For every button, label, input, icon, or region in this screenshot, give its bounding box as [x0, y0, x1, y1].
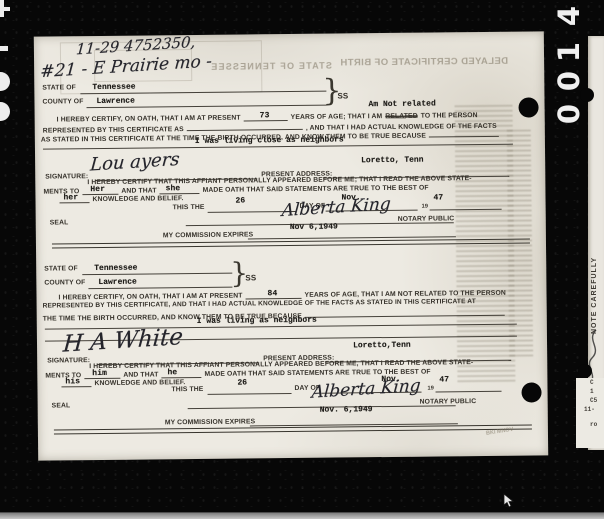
- blank: 73: [244, 113, 288, 121]
- notary-public-label: NOTARY PUBLIC: [420, 398, 477, 406]
- commission-label: MY COMMISSION EXPIRES: [163, 231, 253, 239]
- blank-line: [436, 391, 502, 393]
- blank-line: [430, 209, 502, 211]
- blank: [305, 308, 505, 318]
- county-value: Lawrence: [98, 278, 136, 287]
- bleedthrough-delayed-certificate-stamp: DELAYED CERTIFICATE OF BIRTH: [340, 56, 508, 69]
- notary-line3: hisKNOWLEDGE AND BELIEF.: [61, 378, 188, 387]
- signature-label: SIGNATURE:: [45, 173, 88, 180]
- fragment-line: C5: [576, 396, 604, 405]
- blank-line: [82, 273, 232, 276]
- blank: she: [160, 186, 200, 194]
- state-label: STATE OF: [42, 84, 76, 91]
- frame-number-digit: 0: [552, 97, 586, 131]
- blank-line: [88, 287, 232, 290]
- blank: [187, 122, 303, 131]
- year-value: 47: [433, 193, 443, 202]
- notary-signature: Alberta King: [281, 194, 391, 221]
- blank: her: [59, 195, 89, 203]
- blank: he: [161, 370, 201, 378]
- note-carefully-vertical-text: NOTE CAREFULLY: [591, 164, 598, 334]
- blank: his: [61, 379, 91, 387]
- scanned-document: 11-29 4752350, #21 - E Prairie mo - STAT…: [34, 31, 548, 460]
- county-label: COUNTY OF: [44, 279, 85, 286]
- punch-hole: [521, 382, 541, 402]
- notary-public-label: NOTARY PUBLIC: [398, 215, 455, 223]
- this-the-label: THIS THE: [173, 204, 205, 211]
- year-value: 47: [439, 375, 449, 384]
- ss-label: SS: [245, 273, 256, 282]
- film-edge-mark: [0, 102, 10, 121]
- county-label: COUNTY OF: [42, 98, 83, 105]
- film-edge-mark: [0, 46, 8, 51]
- notary-text: MADE OATH THAT SAID STATEMENTS ARE TRUE …: [203, 185, 429, 194]
- this-the-label: THIS THE: [171, 386, 203, 393]
- ss-label: SS: [337, 91, 348, 100]
- age-value: 73: [260, 111, 270, 120]
- pronoun-subject: he: [167, 368, 177, 377]
- relation-correction: Am Not related: [368, 99, 435, 109]
- signature-label: SIGNATURE:: [47, 357, 90, 364]
- punch-hole: [518, 97, 538, 117]
- commission-value: Nov 6,1949: [290, 223, 338, 233]
- blank-line: [208, 393, 292, 395]
- pronoun-possessive: his: [65, 377, 80, 386]
- county-value: Lawrence: [96, 97, 134, 106]
- affiant-signature: Lou ayers: [89, 149, 180, 176]
- fragment-line: ro: [576, 414, 604, 429]
- frame-number-digit: 4: [552, 0, 586, 33]
- fragment-line: C: [576, 378, 604, 387]
- punch-hole-notch: [580, 88, 594, 102]
- seal-label: SEAL: [52, 402, 71, 409]
- mouse-cursor: [502, 493, 514, 509]
- address-value: Loretto, Tenn: [361, 156, 424, 166]
- section-divider: [52, 238, 530, 248]
- struck-text: RELATED: [385, 113, 418, 120]
- certify-text: YEARS OF AGE; THAT I AM: [291, 113, 383, 121]
- microfilm-frame: 11-29 4752350, #21 - E Prairie mo - STAT…: [0, 0, 604, 519]
- pronoun-possessive: her: [63, 193, 78, 202]
- age-value: 84: [267, 289, 277, 298]
- blank: [429, 129, 499, 138]
- notary-text: KNOWLEDGE AND BELIEF.: [92, 195, 183, 203]
- state-label: STATE OF: [44, 265, 78, 272]
- commission-label: MY COMMISSION EXPIRES: [165, 418, 255, 426]
- certify-text: TO THE PERSON: [421, 112, 478, 120]
- day-value: 26: [237, 378, 247, 387]
- scanner-bed-edge: [0, 512, 604, 519]
- blank: 84: [245, 291, 301, 300]
- fragment-line: 11-: [576, 405, 604, 414]
- because-value: I was living close as neighbors: [195, 135, 344, 146]
- fragment-line: 1: [576, 387, 604, 396]
- pronoun-object: Her: [90, 185, 105, 194]
- pronoun-object: him: [92, 369, 107, 378]
- address-value: Loretto,Tenn: [353, 341, 411, 351]
- clipped-text-fragments: C 1 C5 11- ro: [576, 378, 604, 448]
- film-edge-mark: [0, 72, 10, 91]
- seal-label: SEAL: [50, 219, 69, 226]
- notary-line2: MENTS TOHerAND THATsheMADE OATH THAT SAI…: [43, 184, 431, 196]
- bleedthrough-box: [94, 49, 192, 82]
- commission-value: Nov. 6,1949: [320, 405, 373, 415]
- state-value: Tennessee: [94, 264, 137, 273]
- year-prefix: 19: [427, 386, 434, 392]
- because-value: I was living as neighbors: [197, 316, 317, 326]
- notary-line3: herKNOWLEDGE AND BELIEF.: [59, 194, 186, 203]
- pronoun-subject: she: [166, 184, 181, 193]
- year-prefix: 19: [422, 204, 429, 210]
- film-edge-mark: [0, 7, 10, 11]
- state-value: Tennessee: [92, 83, 135, 92]
- punch-hole-notch: [578, 364, 592, 378]
- section-divider: [54, 424, 532, 434]
- notary-signature: Alberta King: [311, 376, 421, 403]
- day-value: 26: [235, 196, 245, 205]
